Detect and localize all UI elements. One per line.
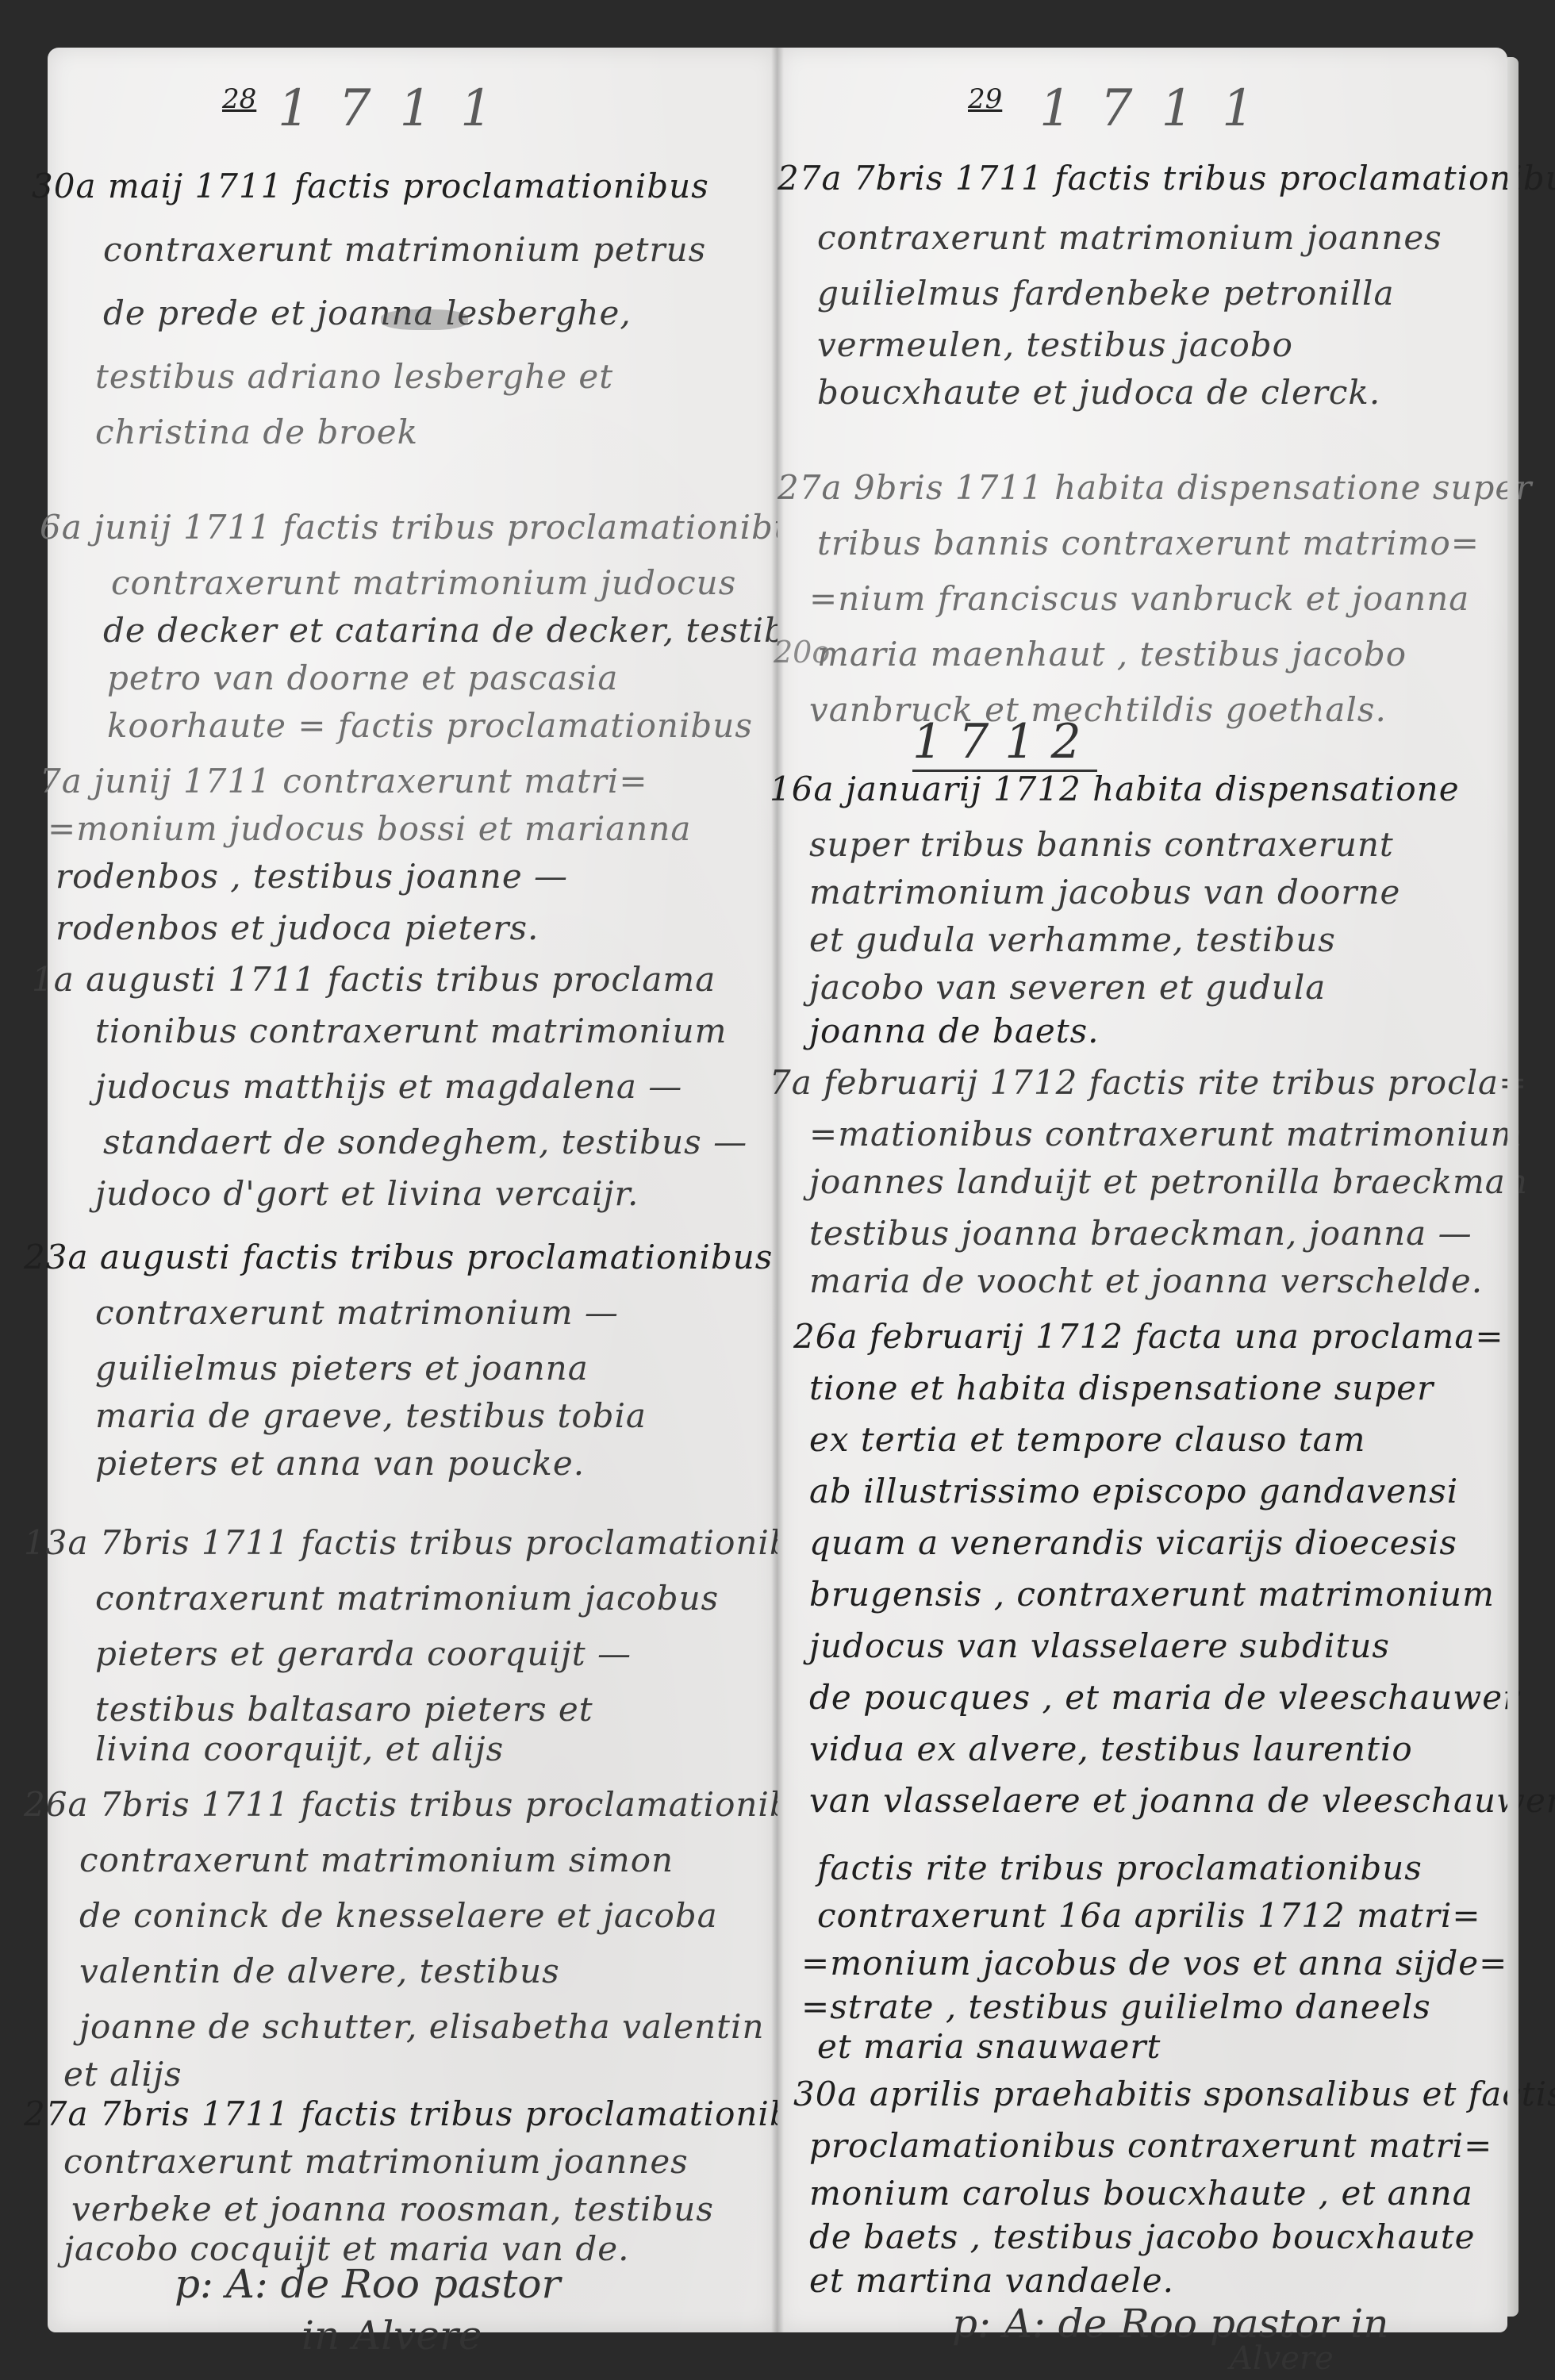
entry-line: jacobo van severen et gudula [809,968,1326,1007]
entry-line: contraxerunt 16a aprilis 1712 matri= [817,1896,1481,1935]
entry-line: testibus baltasaro pieters et [95,1690,593,1729]
entry-line: et alijs [63,2055,182,2094]
entry-line: =nium franciscus vanbruck et joanna [809,579,1469,618]
entry-line: et maria snauwaert [817,2027,1161,2066]
entry-line: standaert de sondeghem, testibus — [103,1123,747,1161]
entry-line: testibus joanna braeckman, joanna — [809,1214,1472,1253]
entry-line: ab illustrissimo episcopo gandavensi [809,1472,1458,1511]
entry-line: livina coorquijt, et alijs [95,1729,504,1768]
entry-line: judoco d'gort et livina vercaijr. [95,1174,639,1213]
entry-line: rodenbos et judoca pieters. [56,908,539,947]
register-spread: 28 1711 30a maij 1711 factis proclamatio… [0,0,1555,2380]
entry-line: de baets , testibus jacobo boucxhaute [809,2217,1476,2256]
pastor-signature-line-2: in Alvere [301,2313,482,2359]
entry-line: 23a augusti factis tribus proclamationib… [24,1238,773,1276]
entry-line: =monium jacobus de vos et anna sijde= [801,1944,1507,1983]
entry-line: 13a 7bris 1711 factis tribus proclamatio… [24,1523,831,1562]
entry-line: judocus van vlasselaere subditus [809,1626,1390,1665]
entry-line: tionibus contraxerunt matrimonium [95,1011,727,1050]
entry-line: =monium judocus bossi et marianna [48,809,691,848]
entry-line: de prede et joanna lesberghe, [103,294,632,332]
pastor-signature-line-1: p: A: de Roo pastor [175,2261,560,2307]
entry-line: et gudula verhamme, testibus [809,920,1336,959]
entry-line: 16a januarij 1712 habita dispensatione [770,770,1460,808]
right-page: 29 1711 27a 7bris 1711 factis tribus pro… [777,48,1507,2332]
entry-line: et martina vandaele. [809,2261,1174,2300]
entry-line: christina de broek [95,413,418,451]
entry-line: 26a februarij 1712 facta una proclama= [793,1317,1504,1356]
entry-line: de poucques , et maria de vleeschauwer [809,1678,1519,1717]
entry-line: contraxerunt matrimonium — [95,1293,619,1332]
ink-blot [381,309,468,330]
entry-line: brugensis , contraxerunt matrimonium [809,1575,1495,1614]
entry-line: quam a venerandis vicarijs dioecesis [809,1523,1457,1562]
folio-number-right: 29 [968,83,1002,115]
entry-line: koorhaute = factis proclamationibus [107,706,753,745]
entry-line: joanne de schutter, elisabetha valentin [79,2007,765,2046]
entry-line: vermeulen, testibus jacobo [817,325,1293,364]
year-header-left: 1711 [278,79,521,138]
entry-line: 1a augusti 1711 factis tribus proclama [32,960,716,999]
entry-line: super tribus bannis contraxerunt [809,825,1394,864]
entry-line: maria de graeve, testibus tobia [95,1396,647,1435]
entry-line: monium carolus boucxhaute , et anna [809,2174,1473,2213]
entry-line: de decker et catarina de decker, testibu… [103,611,827,650]
entry-line: 27a 9bris 1711 habita dispensatione supe… [777,468,1532,507]
entry-line: matrimonium jacobus van doorne [809,873,1400,912]
entry-line: contraxerunt matrimonium petrus [103,230,706,269]
entry-line: judocus matthijs et magdalena — [95,1067,682,1106]
entry-line: vidua ex alvere, testibus laurentio [809,1729,1413,1768]
year-header-right: 1711 [1039,79,1283,138]
entry-line: pieters et anna van poucke. [95,1444,585,1483]
entry-line: rodenbos , testibus joanne — [56,857,568,896]
entry-line: 27a 7bris 1711 factis tribus proclamatio… [24,2094,831,2133]
book-gutter [771,48,784,2332]
entry-line: de coninck de knesselaere et jacoba [79,1896,718,1935]
entry-line: 26a 7bris 1711 factis tribus proclamatio… [24,1785,831,1824]
entry-line: joannes landuijt et petronilla braeckman [809,1162,1528,1201]
entry-line: valentin de alvere, testibus [79,1952,560,1990]
entry-line: verbeke et joanna roosman, testibus [71,2190,714,2228]
pastor-signature-line-2: Alvere [1230,2340,1334,2377]
entry-line: contraxerunt matrimonium judocus [111,563,736,602]
entry-line: =strate , testibus guilielmo daneels [801,1987,1431,2026]
entry-line: contraxerunt matrimonium joannes [817,218,1442,257]
entry-line: maria de voocht et joanna verschelde. [809,1261,1483,1300]
entry-line: 7a februarij 1712 factis rite tribus pro… [770,1063,1527,1102]
year-mark-1712: 1712 [912,714,1097,772]
entry-line: tribus bannis contraxerunt matrimo= [817,524,1480,562]
entry-line: 30a maij 1711 factis proclamationibus [32,167,709,205]
entry-line: vanbruck et mechtildis goethals. [809,690,1387,729]
entry-line: 27a 7bris 1711 factis tribus proclamatio… [777,159,1555,198]
entry-line: guilielmus fardenbeke petronilla [817,274,1395,313]
entry-line: =mationibus contraxerunt matrimonium [809,1115,1523,1154]
left-page: 28 1711 30a maij 1711 factis proclamatio… [48,48,777,2332]
entry-line: contraxerunt matrimonium simon [79,1841,674,1879]
entry-line: testibus adriano lesberghe et [95,357,613,396]
entry-line: joanna de baets. [809,1011,1100,1050]
entry-line: guilielmus pieters et joanna [95,1349,589,1388]
entry-line: petro van doorne et pascasia [107,658,618,697]
entry-line: 7a junij 1711 contraxerunt matri= [40,762,648,800]
entry-line: 6a junij 1711 factis tribus proclamation… [40,508,859,547]
entry-line: factis rite tribus proclamationibus [817,1848,1423,1887]
entry-line: van vlasselaere et joanna de vleeschauwe… [809,1781,1555,1820]
entry-line: ex tertia et tempore clauso tam [809,1420,1365,1459]
folio-number-left: 28 [222,83,256,115]
entry-line: pieters et gerarda coorquijt — [95,1634,632,1673]
entry-line: maria maenhaut , testibus jacobo [817,635,1407,674]
entry-line: boucxhaute et judoca de clerck. [817,373,1380,412]
entry-line: contraxerunt matrimonium joannes [63,2142,689,2181]
entry-line: proclamationibus contraxerunt matri= [809,2126,1492,2165]
entry-line: 30a aprilis praehabitis sponsalibus et f… [793,2075,1555,2113]
entry-line: contraxerunt matrimonium jacobus [95,1579,719,1618]
entry-line: tione et habita dispensatione super [809,1368,1434,1407]
